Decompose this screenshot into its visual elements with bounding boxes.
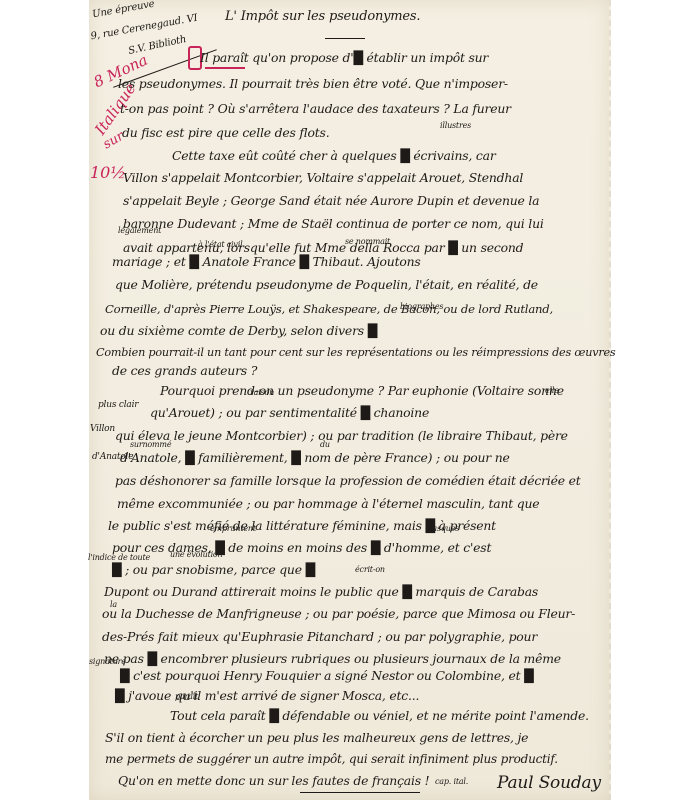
body-line: ou du sixième comte de Derby, selon dive… — [100, 323, 377, 338]
insertion-ecrit-on: écrit-on — [355, 565, 385, 574]
body-line: avait appartenu, lorsqu'elle fut Mme del… — [123, 240, 523, 255]
body-line: mariage ; et █ Anatole France █ Thibaut.… — [112, 254, 421, 269]
body-line: Tout cela paraît █ défendable ou véniel,… — [170, 708, 589, 723]
signature-note: cap. ital. — [435, 777, 468, 786]
insertion-illustres: illustres — [440, 121, 471, 130]
body-line: du fisc est pire que celle des flots. — [122, 125, 329, 140]
body-line: Il paraît qu'on propose d'█ établir un i… — [200, 50, 488, 65]
body-line: Corneille, d'après Pierre Louÿs, et Shak… — [105, 302, 553, 316]
body-line: qui éleva le jeune Montcorbier) ; ou par… — [115, 428, 568, 443]
body-line: les pseudonymes. Il pourrait très bien ê… — [118, 76, 508, 91]
body-line: ne pas █ encombrer plusieurs rubriques o… — [104, 651, 561, 666]
document-title: L' Impôt sur les pseudonymes. — [225, 9, 420, 24]
body-line: Dupont ou Durand attirerait moins le pub… — [104, 584, 538, 599]
body-line: █ c'est pourquoi Henry Fouquier a signé … — [120, 668, 533, 683]
body-line: s'appelait Beyle ; George Sand était née… — [123, 193, 539, 208]
body-line: d'Anatole, █ familièrement, █ nom de pèr… — [120, 450, 510, 465]
title-underline — [325, 38, 365, 39]
body-line: que Molière, prétendu pseudonyme de Poqu… — [115, 277, 538, 292]
body-line: S'il on tient à écorcher un peu plus les… — [105, 730, 528, 745]
body-line: qu'Arouet) ; ou par sentimentalité █ cha… — [150, 405, 429, 420]
body-line: Villon s'appelait Montcorbier, Voltaire … — [123, 170, 523, 185]
body-line: Combien pourrait-il un tant pour cent su… — [96, 346, 615, 359]
body-line: de ces grands auteurs ? — [112, 363, 257, 378]
body-line: des-Prés fait mieux qu'Euphrasie Pitanch… — [102, 629, 537, 644]
signature-flourish-line — [300, 792, 420, 793]
body-line: baronne Dudevant ; Mme de Staël continua… — [123, 216, 544, 231]
body-line: Cette taxe eût coûté cher à quelques █ é… — [172, 148, 496, 163]
body-line: me permets de suggérer un autre impôt, q… — [105, 752, 558, 766]
margin-note-villon: Villon — [90, 424, 115, 434]
body-line: ou la Duchesse de Manfrigneuse ; ou par … — [102, 606, 575, 621]
body-line: pas déshonorer sa famille lorsque la pro… — [115, 473, 581, 488]
red-underline — [205, 67, 245, 69]
body-line: Pourquoi prend-on un pseudonyme ? Par eu… — [160, 383, 564, 398]
body-line: Qu'on en mette donc un sur les fautes de… — [118, 773, 429, 788]
margin-note-plus-clair: plus clair — [98, 400, 138, 410]
body-line: █ ; ou par snobisme, parce que █ — [112, 562, 315, 577]
body-line: █ j'avoue qu'il m'est arrivé de signer M… — [115, 688, 419, 703]
body-line: t-on pas point ? Où s'arrêtera l'audace … — [120, 101, 511, 116]
red-note-size: 10½ — [90, 163, 126, 182]
author-signature: Paul Souday — [497, 773, 601, 793]
body-line: même excommuniée ; ou par hommage à l'ét… — [117, 496, 539, 511]
body-line: pour ces dames, █ de moins en moins des … — [112, 540, 491, 555]
body-line: le public s'est méfié de la littérature … — [108, 518, 496, 533]
